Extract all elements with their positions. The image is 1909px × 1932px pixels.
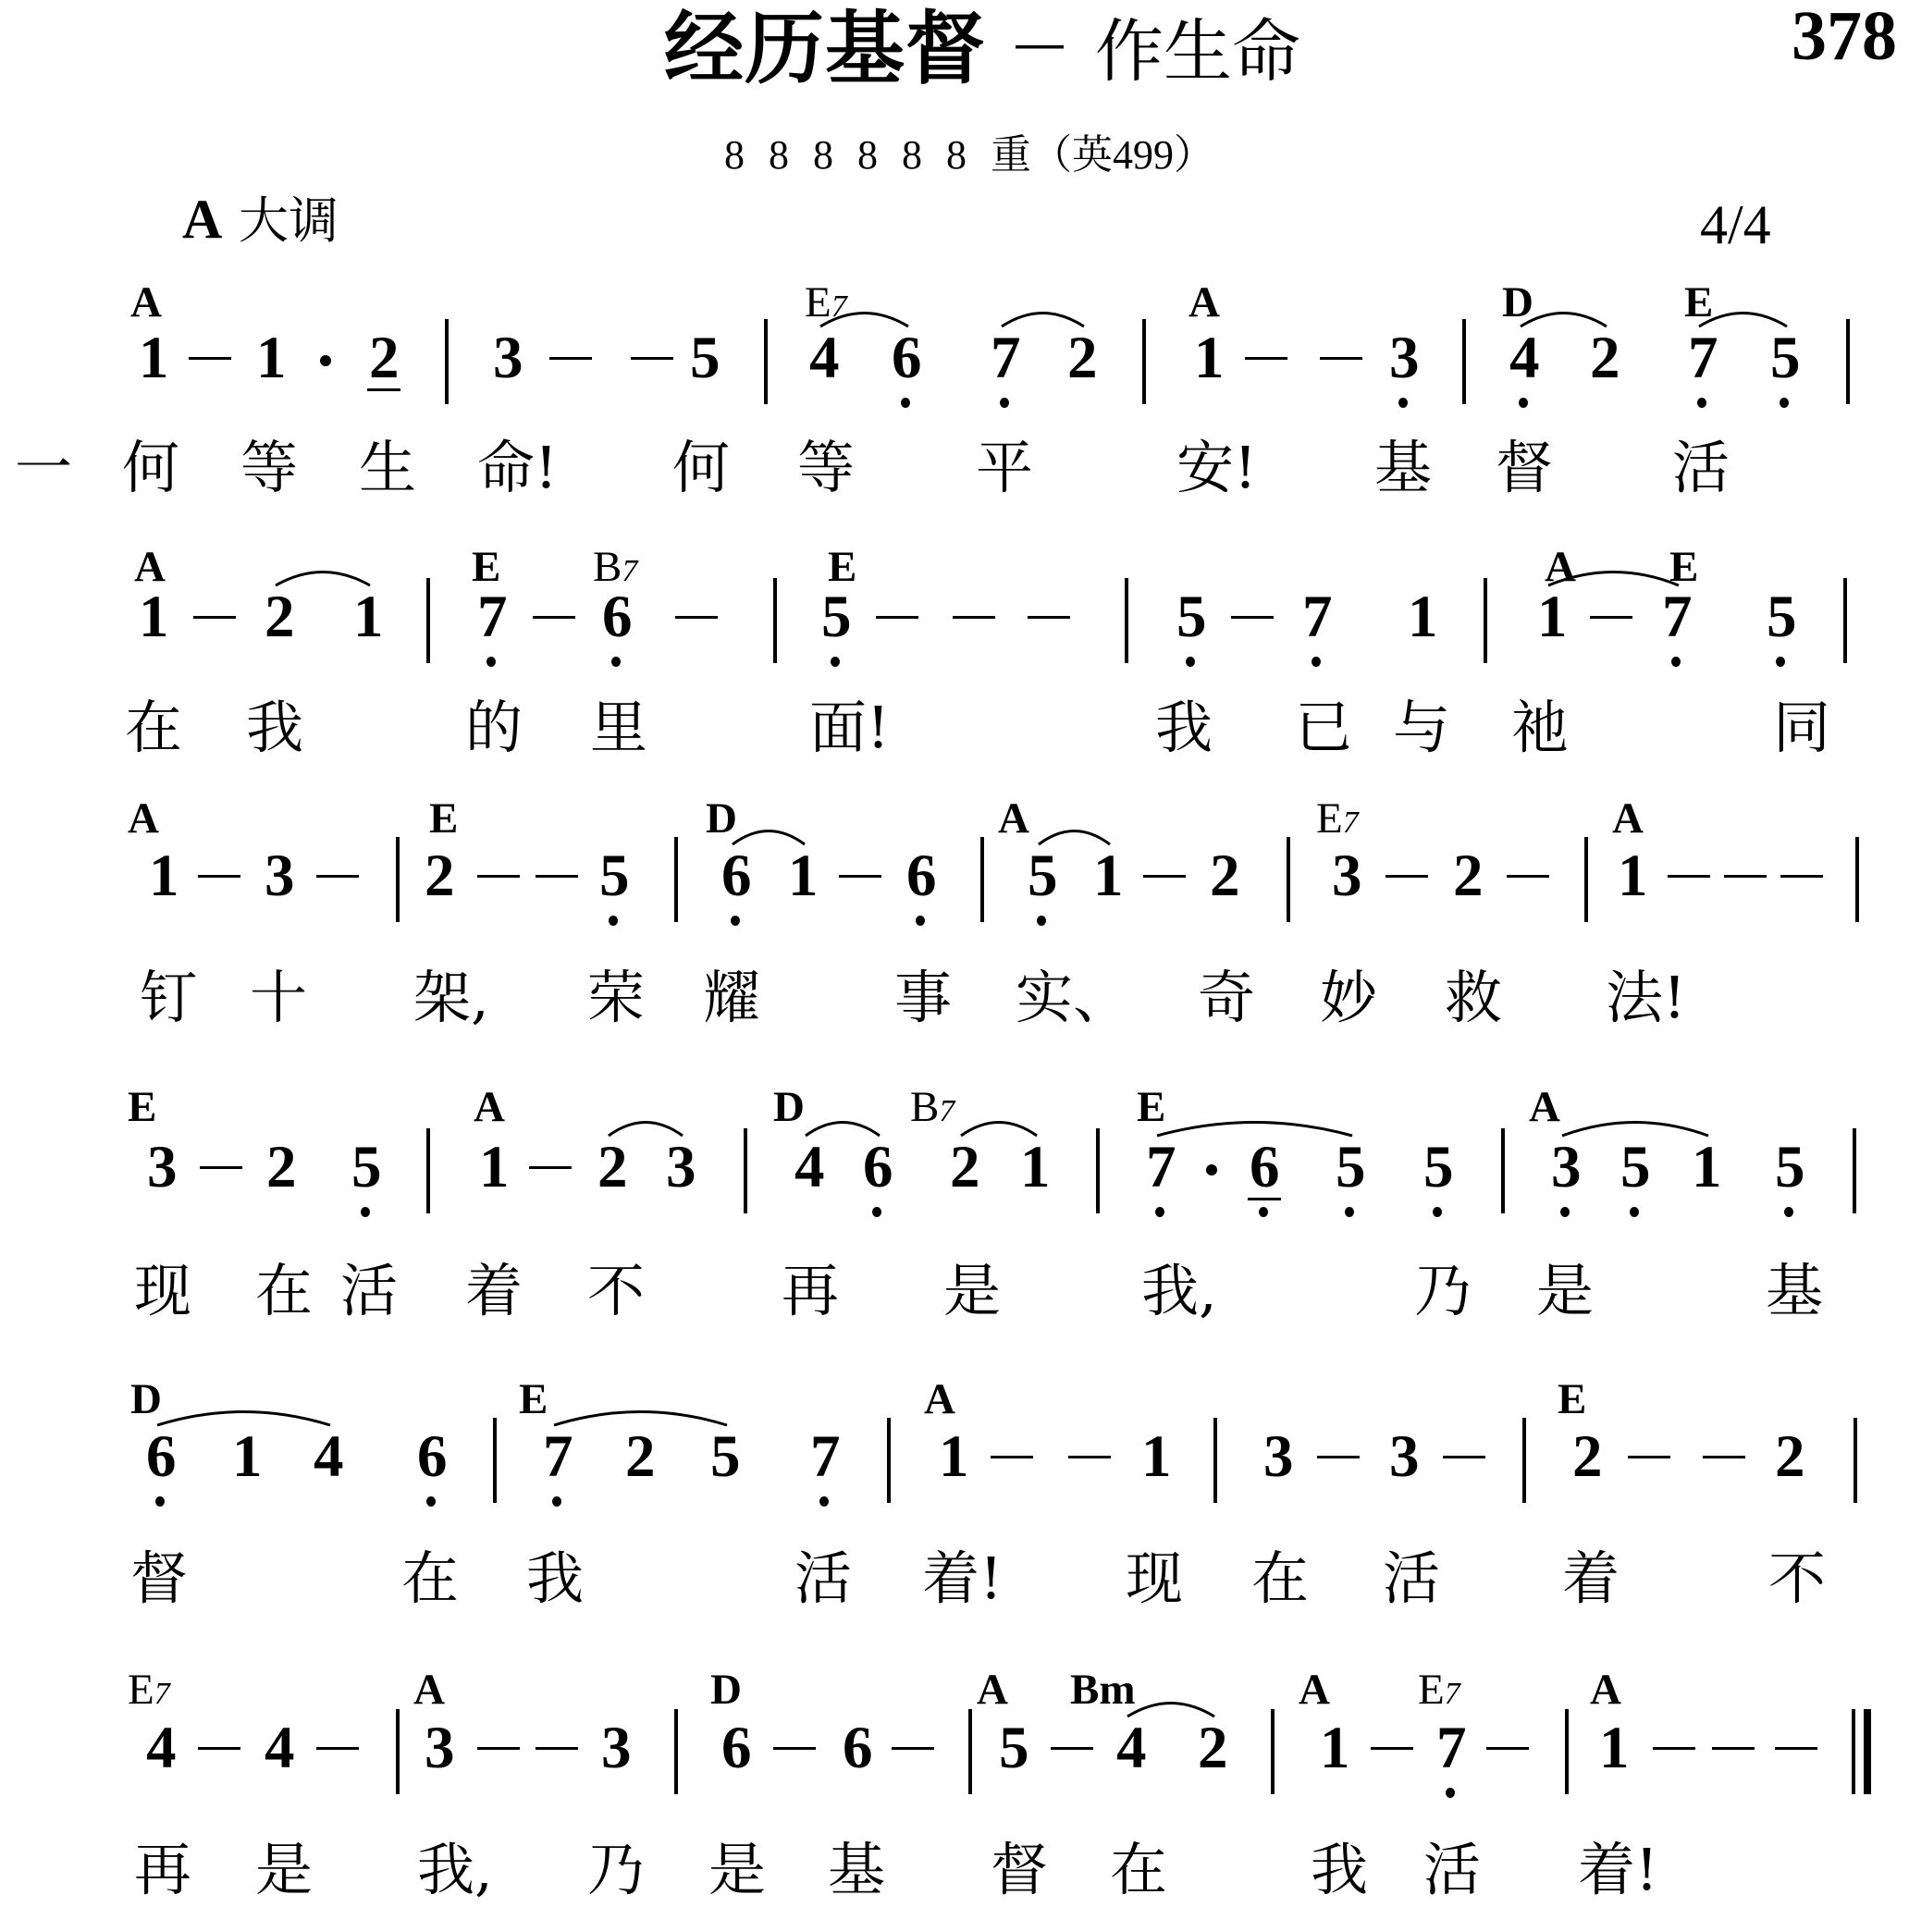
low-octave-dot bbox=[731, 916, 740, 926]
lyric-char: 妙 bbox=[1320, 967, 1377, 1028]
beat-dash bbox=[1775, 1747, 1817, 1750]
barline bbox=[764, 319, 768, 404]
slur-arc bbox=[1560, 1118, 1710, 1138]
note-digit: 2 bbox=[1572, 1427, 1603, 1487]
beat-dash bbox=[189, 357, 231, 360]
note-digit: 1 bbox=[353, 587, 384, 647]
lyric-char: 是 bbox=[1536, 1261, 1594, 1322]
low-octave-dot bbox=[1560, 1207, 1570, 1217]
note-digit: 3 bbox=[666, 1138, 696, 1198]
barline bbox=[1213, 1418, 1217, 1503]
chord-symbol: E bbox=[429, 797, 458, 841]
low-octave-dot bbox=[1398, 398, 1408, 408]
note-digit: 5 bbox=[821, 587, 852, 647]
note-digit: 6 bbox=[906, 846, 937, 906]
beat-dash bbox=[316, 875, 359, 878]
lyric-char: 命! bbox=[477, 437, 558, 498]
note-digit: 6 bbox=[721, 1718, 752, 1778]
chord-symbol: E7 bbox=[128, 1668, 170, 1716]
note-digit: 1 bbox=[1537, 587, 1568, 647]
lyric-char: 同 bbox=[1773, 697, 1830, 758]
note-digit: 5 bbox=[1423, 1138, 1454, 1198]
note-digit: 6 bbox=[721, 846, 752, 906]
low-octave-dot bbox=[1776, 657, 1785, 667]
barline bbox=[426, 1128, 430, 1213]
lyric-char: 现 bbox=[1126, 1548, 1183, 1609]
barline bbox=[744, 1128, 747, 1213]
lyric-char: 乃 bbox=[1414, 1261, 1472, 1322]
slur-arc bbox=[607, 1118, 684, 1138]
note-digit: 1 bbox=[479, 1138, 510, 1198]
lyric-char: 基 bbox=[1374, 437, 1432, 498]
chord-symbol: A bbox=[998, 797, 1029, 841]
note-digit: 4 bbox=[794, 1138, 825, 1198]
barline bbox=[445, 319, 449, 404]
beat-dash bbox=[1068, 1456, 1111, 1458]
note-digit: 3 bbox=[1389, 328, 1420, 388]
low-octave-dot bbox=[426, 1496, 436, 1507]
lyric-char: 督 bbox=[1496, 437, 1553, 498]
low-octave-dot bbox=[1446, 1788, 1455, 1798]
note-digit: 1 bbox=[256, 328, 287, 388]
note-digit: 1 bbox=[1320, 1718, 1350, 1778]
note-digit: 4 bbox=[146, 1718, 177, 1778]
beat-dash bbox=[1780, 875, 1823, 878]
chord-symbol: A bbox=[413, 1668, 445, 1712]
chord-quality: 7 bbox=[939, 1094, 954, 1128]
beat-dash bbox=[198, 875, 240, 878]
slur-arc bbox=[552, 1408, 729, 1428]
lyric-char: 奇 bbox=[1198, 967, 1255, 1028]
barline bbox=[1484, 578, 1487, 663]
verse-number: 一 bbox=[15, 437, 72, 498]
chord-symbol: E bbox=[1558, 1378, 1586, 1421]
note-digit: 4 bbox=[314, 1427, 344, 1487]
lyric-char: 的 bbox=[465, 697, 523, 758]
low-octave-dot bbox=[1433, 1207, 1442, 1217]
note-digit: 5 bbox=[1775, 1138, 1805, 1198]
hymn-title: 经历基督 bbox=[664, 9, 986, 89]
chord-symbol: D bbox=[710, 1668, 742, 1712]
beat-dash bbox=[953, 616, 995, 619]
lyric-char: 生 bbox=[359, 437, 416, 498]
lyric-char: 已 bbox=[1295, 697, 1352, 758]
note-digit: 1 bbox=[139, 587, 169, 647]
barline bbox=[1584, 837, 1588, 922]
note-digit: 7 bbox=[543, 1427, 573, 1487]
barline bbox=[1853, 1128, 1856, 1213]
note-digit: 2 bbox=[266, 1138, 297, 1198]
slur-arc bbox=[1000, 309, 1086, 329]
lyric-char: 在 bbox=[1110, 1840, 1167, 1901]
note-digit: 7 bbox=[991, 328, 1021, 388]
note-digit: 3 bbox=[1263, 1427, 1294, 1487]
lyric-char: 活 bbox=[794, 1548, 852, 1609]
lyric-char: 荣 bbox=[587, 967, 645, 1028]
lyric-char: 何 bbox=[672, 437, 730, 498]
lyric-char: 基 bbox=[828, 1840, 885, 1901]
barline bbox=[674, 837, 678, 922]
note-digit: 6 bbox=[417, 1427, 448, 1487]
lyric-char: 是 bbox=[255, 1840, 313, 1901]
beat-dash bbox=[1371, 1747, 1413, 1750]
lyric-char: 何 bbox=[122, 437, 179, 498]
low-octave-dot bbox=[1345, 1207, 1354, 1217]
chord-quality: 7 bbox=[1445, 1677, 1460, 1711]
lyric-char: 我, bbox=[417, 1840, 493, 1901]
lyric-char: 再 bbox=[134, 1840, 191, 1901]
beat-dash bbox=[1028, 616, 1070, 619]
lyric-char: 着! bbox=[1578, 1840, 1658, 1901]
note-digit: 1 bbox=[139, 328, 169, 388]
lyric-char: 是 bbox=[708, 1840, 766, 1901]
note-digit: 3 bbox=[265, 846, 295, 906]
chord-symbol: A bbox=[130, 281, 162, 325]
note-digit: 2 bbox=[625, 1427, 656, 1487]
lyric-char: 我 bbox=[1155, 697, 1213, 758]
barline bbox=[1501, 1128, 1505, 1213]
note-digit: 3 bbox=[425, 1718, 455, 1778]
lyric-char: 活 bbox=[1423, 1840, 1481, 1901]
note-digit: 5 bbox=[1620, 1138, 1651, 1198]
lyric-char: 在 bbox=[401, 1548, 459, 1609]
barline bbox=[1287, 837, 1290, 922]
note-digit: 6 bbox=[146, 1427, 177, 1487]
chord-symbol: E7 bbox=[1418, 1668, 1460, 1716]
beat-dash bbox=[1668, 875, 1710, 878]
chord-root: E bbox=[1316, 794, 1343, 843]
barline bbox=[1271, 1709, 1275, 1794]
beat-dash bbox=[477, 1747, 520, 1750]
lyric-char: 我 bbox=[1311, 1840, 1368, 1901]
lyric-char: 现 bbox=[134, 1261, 191, 1322]
lyric-char: 乃 bbox=[587, 1840, 645, 1901]
barline bbox=[968, 1709, 972, 1794]
note-digit: 6 bbox=[602, 587, 633, 647]
lyric-char: 祂 bbox=[1511, 697, 1569, 758]
low-octave-dot bbox=[361, 1207, 370, 1217]
slur-arc bbox=[1546, 568, 1681, 588]
lyric-char: 实、 bbox=[1016, 967, 1130, 1028]
note-digit: 3 bbox=[1389, 1427, 1420, 1487]
chord-symbol: A bbox=[1189, 281, 1220, 325]
lyric-char: 我 bbox=[246, 697, 303, 758]
chord-symbol: E bbox=[472, 546, 500, 589]
low-octave-dot bbox=[916, 916, 925, 926]
chord-symbol: D bbox=[773, 1086, 805, 1129]
note-digit: 2 bbox=[1198, 1718, 1228, 1778]
low-octave-dot bbox=[1780, 398, 1789, 408]
note-digit: 7 bbox=[1688, 328, 1718, 388]
low-octave-dot bbox=[1519, 398, 1528, 408]
lyric-char: 在 bbox=[255, 1261, 313, 1322]
note-digit: 3 bbox=[493, 328, 523, 388]
lyric-char: 十 bbox=[250, 967, 307, 1028]
low-octave-dot bbox=[1312, 657, 1321, 667]
beat-dash bbox=[1486, 1747, 1529, 1750]
lyric-char: 着! bbox=[922, 1548, 1003, 1609]
lyric-char: 再 bbox=[782, 1261, 839, 1322]
note-digit: 5 bbox=[1336, 1138, 1366, 1198]
slur-arc bbox=[1037, 827, 1112, 847]
lyric-char: 钉 bbox=[140, 967, 197, 1028]
note-digit: 5 bbox=[1176, 587, 1207, 647]
note-digit: 6 bbox=[843, 1718, 873, 1778]
beat-dash bbox=[193, 616, 236, 619]
low-octave-dot bbox=[831, 657, 840, 667]
note-digit: 2 bbox=[1775, 1427, 1805, 1487]
beat-dash bbox=[1653, 1747, 1695, 1750]
hymn-number: 378 bbox=[1792, 1, 1897, 71]
lyric-char: 不 bbox=[1768, 1548, 1826, 1609]
low-octave-dot bbox=[1630, 1207, 1639, 1217]
note-digit: 1 bbox=[1618, 846, 1648, 906]
beat-dash bbox=[1724, 875, 1767, 878]
note-digit: 5 bbox=[599, 846, 630, 906]
barline bbox=[773, 578, 777, 663]
barline bbox=[1125, 578, 1128, 663]
chord-root: E bbox=[128, 1666, 154, 1714]
lyric-char: 救 bbox=[1445, 967, 1502, 1028]
key-letter: A bbox=[182, 191, 222, 247]
note-digit: 1 bbox=[1093, 846, 1124, 906]
augmentation-dot bbox=[320, 355, 331, 366]
lyric-char: 在 bbox=[125, 697, 182, 758]
chord-symbol: E bbox=[828, 546, 856, 589]
lyric-char: 面! bbox=[809, 697, 890, 758]
slur-arc bbox=[959, 1118, 1039, 1138]
low-octave-dot bbox=[1186, 657, 1195, 667]
hymn-subtitle: 作生命 bbox=[1095, 17, 1300, 87]
key-mode: 大调 bbox=[239, 195, 339, 247]
note-digit: 7 bbox=[1302, 587, 1333, 647]
chord-symbol: A bbox=[128, 797, 159, 841]
chord-symbol: A bbox=[1529, 1086, 1560, 1129]
beat-dash bbox=[991, 1456, 1033, 1458]
beat-dash bbox=[839, 875, 881, 878]
beat-dash bbox=[536, 1747, 578, 1750]
final-barline-thin bbox=[1852, 1709, 1855, 1794]
note-digit: 1 bbox=[788, 846, 819, 906]
barline bbox=[396, 1709, 400, 1794]
low-octave-dot bbox=[1697, 398, 1706, 408]
beat-dash bbox=[876, 616, 918, 619]
note-digit: 7 bbox=[1436, 1718, 1467, 1778]
title-separator: — bbox=[1016, 19, 1064, 68]
eighth-note-underline bbox=[1248, 1198, 1281, 1200]
lyric-char: 耀 bbox=[703, 967, 760, 1028]
note-digit: 1 bbox=[1020, 1138, 1051, 1198]
beat-dash bbox=[1712, 1747, 1755, 1750]
note-digit: 5 bbox=[999, 1718, 1029, 1778]
beat-dash bbox=[1590, 616, 1632, 619]
note-digit: 1 bbox=[1408, 587, 1438, 647]
slur-arc bbox=[155, 1408, 332, 1428]
low-octave-dot bbox=[1155, 1207, 1164, 1217]
note-digit: 3 bbox=[147, 1138, 178, 1198]
barline bbox=[887, 1418, 891, 1503]
note-digit: 2 bbox=[1590, 328, 1620, 388]
low-octave-dot bbox=[1259, 1207, 1268, 1217]
lyric-char: 督 bbox=[991, 1840, 1048, 1901]
final-barline-thick bbox=[1864, 1709, 1871, 1794]
lyric-char: 与 bbox=[1393, 697, 1450, 758]
note-digit: 3 bbox=[601, 1718, 632, 1778]
note-digit: 1 bbox=[1599, 1718, 1630, 1778]
chord-symbol: A bbox=[474, 1086, 505, 1129]
beat-dash bbox=[1703, 1456, 1745, 1458]
chord-root: B bbox=[1070, 1666, 1099, 1714]
slur-arc bbox=[1126, 1699, 1216, 1719]
low-octave-dot bbox=[611, 657, 621, 667]
note-digit: 7 bbox=[1662, 587, 1693, 647]
beat-dash bbox=[1317, 1456, 1360, 1458]
slur-arc bbox=[1519, 309, 1608, 329]
beat-dash bbox=[892, 1747, 934, 1750]
barline bbox=[1096, 1128, 1100, 1213]
note-digit: 4 bbox=[265, 1718, 295, 1778]
lyric-char: 着 bbox=[465, 1261, 523, 1322]
note-digit: 7 bbox=[477, 587, 508, 647]
note-digit: 2 bbox=[1453, 846, 1484, 906]
beat-dash bbox=[1231, 616, 1274, 619]
lyric-char: 活 bbox=[1383, 1548, 1440, 1609]
slur-arc bbox=[731, 827, 807, 847]
chord-symbol: A bbox=[1612, 797, 1644, 841]
note-digit: 6 bbox=[863, 1138, 893, 1198]
beat-dash bbox=[1386, 875, 1428, 878]
low-octave-dot bbox=[609, 916, 618, 926]
lyric-char: 我 bbox=[526, 1548, 584, 1609]
note-digit: 2 bbox=[265, 587, 295, 647]
note-digit: 1 bbox=[939, 1427, 969, 1487]
beat-dash bbox=[1245, 357, 1287, 360]
chord-quality: 7 bbox=[1343, 806, 1359, 840]
note-digit: 5 bbox=[351, 1138, 382, 1198]
beat-dash bbox=[200, 1166, 242, 1169]
barline bbox=[1846, 319, 1850, 404]
note-digit: 2 bbox=[1067, 328, 1098, 388]
beat-dash bbox=[1143, 875, 1186, 878]
lyric-char: 基 bbox=[1766, 1261, 1823, 1322]
lyric-char: 着 bbox=[1562, 1548, 1620, 1609]
slur-arc bbox=[819, 309, 910, 329]
beat-dash bbox=[533, 616, 575, 619]
lyric-char: 等 bbox=[797, 437, 855, 498]
note-digit: 1 bbox=[232, 1427, 263, 1487]
note-digit: 5 bbox=[1028, 846, 1058, 906]
note-digit: 2 bbox=[597, 1138, 628, 1198]
barline bbox=[674, 1709, 678, 1794]
note-digit: 2 bbox=[425, 846, 455, 906]
hymn-sheet: 经历基督 — 作生命 378 8 8 8 8 8 8 重（英499） A 大调 … bbox=[0, 0, 1909, 1932]
beat-dash bbox=[536, 875, 578, 878]
note-digit: 1 bbox=[149, 846, 179, 906]
lyric-char: 架, bbox=[413, 967, 489, 1028]
barline bbox=[1565, 1709, 1569, 1794]
beat-dash bbox=[477, 875, 520, 878]
lyric-char: 活 bbox=[340, 1261, 398, 1322]
beat-dash bbox=[1507, 875, 1549, 878]
lyric-char: 在 bbox=[1251, 1548, 1309, 1609]
barline bbox=[980, 837, 984, 922]
beat-dash bbox=[1628, 1456, 1670, 1458]
lyric-char: 等 bbox=[240, 437, 298, 498]
chord-symbol: A bbox=[134, 546, 166, 589]
note-digit: 1 bbox=[1692, 1138, 1722, 1198]
chord-symbol: E bbox=[128, 1086, 156, 1129]
note-digit: 3 bbox=[1332, 846, 1362, 906]
augmentation-dot bbox=[1206, 1164, 1217, 1175]
beat-dash bbox=[316, 1747, 359, 1750]
lyric-char: 我, bbox=[1141, 1261, 1217, 1322]
note-digit: 3 bbox=[1551, 1138, 1582, 1198]
low-octave-dot bbox=[1784, 1207, 1793, 1217]
note-digit: 2 bbox=[369, 328, 400, 388]
note-digit: 6 bbox=[1250, 1138, 1280, 1198]
chord-symbol: E bbox=[519, 1378, 548, 1421]
slur-arc bbox=[804, 1118, 881, 1138]
lyric-char: 督 bbox=[130, 1548, 188, 1609]
note-digit: 1 bbox=[1194, 328, 1225, 388]
low-octave-dot bbox=[1671, 657, 1681, 667]
lyric-char: 里 bbox=[590, 697, 647, 758]
low-octave-dot bbox=[486, 657, 496, 667]
meter-line: 8 8 8 8 8 8 重（英499） bbox=[724, 135, 1214, 176]
low-octave-dot bbox=[1000, 398, 1009, 408]
note-digit: 5 bbox=[1767, 587, 1797, 647]
note-digit: 7 bbox=[1146, 1138, 1176, 1198]
chord-root: E bbox=[1418, 1666, 1445, 1714]
barline bbox=[426, 578, 430, 663]
lyric-char: 不 bbox=[587, 1261, 645, 1322]
beat-dash bbox=[675, 616, 718, 619]
chord-root: B bbox=[910, 1083, 939, 1131]
chord-symbol: A bbox=[924, 1378, 955, 1421]
barline bbox=[1462, 319, 1466, 404]
note-digit: 2 bbox=[950, 1138, 980, 1198]
eighth-note-underline bbox=[367, 388, 400, 391]
barline bbox=[1854, 1418, 1857, 1503]
beat-dash bbox=[549, 357, 592, 360]
note-digit: 5 bbox=[1770, 328, 1801, 388]
low-octave-dot bbox=[901, 398, 910, 408]
slur-arc bbox=[1697, 309, 1789, 329]
beat-dash bbox=[1320, 357, 1362, 360]
note-digit: 4 bbox=[1116, 1718, 1147, 1778]
lyric-char: 平 bbox=[976, 437, 1033, 498]
lyric-char: 活 bbox=[1672, 437, 1730, 498]
beat-dash bbox=[1443, 1456, 1485, 1458]
barline bbox=[1843, 578, 1847, 663]
chord-symbol: A bbox=[977, 1668, 1008, 1712]
beat-dash bbox=[198, 1747, 240, 1750]
note-digit: 6 bbox=[892, 328, 922, 388]
chord-symbol: A bbox=[1590, 1668, 1621, 1712]
barline bbox=[493, 1418, 497, 1503]
chord-symbol: B7 bbox=[910, 1086, 954, 1133]
low-octave-dot bbox=[155, 1496, 165, 1507]
note-digit: 4 bbox=[809, 328, 840, 388]
note-digit: 4 bbox=[1509, 328, 1540, 388]
beat-dash bbox=[529, 1166, 572, 1169]
beat-dash bbox=[773, 1747, 816, 1750]
slur-arc bbox=[274, 568, 372, 588]
low-octave-dot bbox=[1037, 916, 1046, 926]
chord-quality: 7 bbox=[154, 1677, 170, 1711]
note-digit: 1 bbox=[1141, 1427, 1172, 1487]
barline bbox=[1855, 837, 1859, 922]
